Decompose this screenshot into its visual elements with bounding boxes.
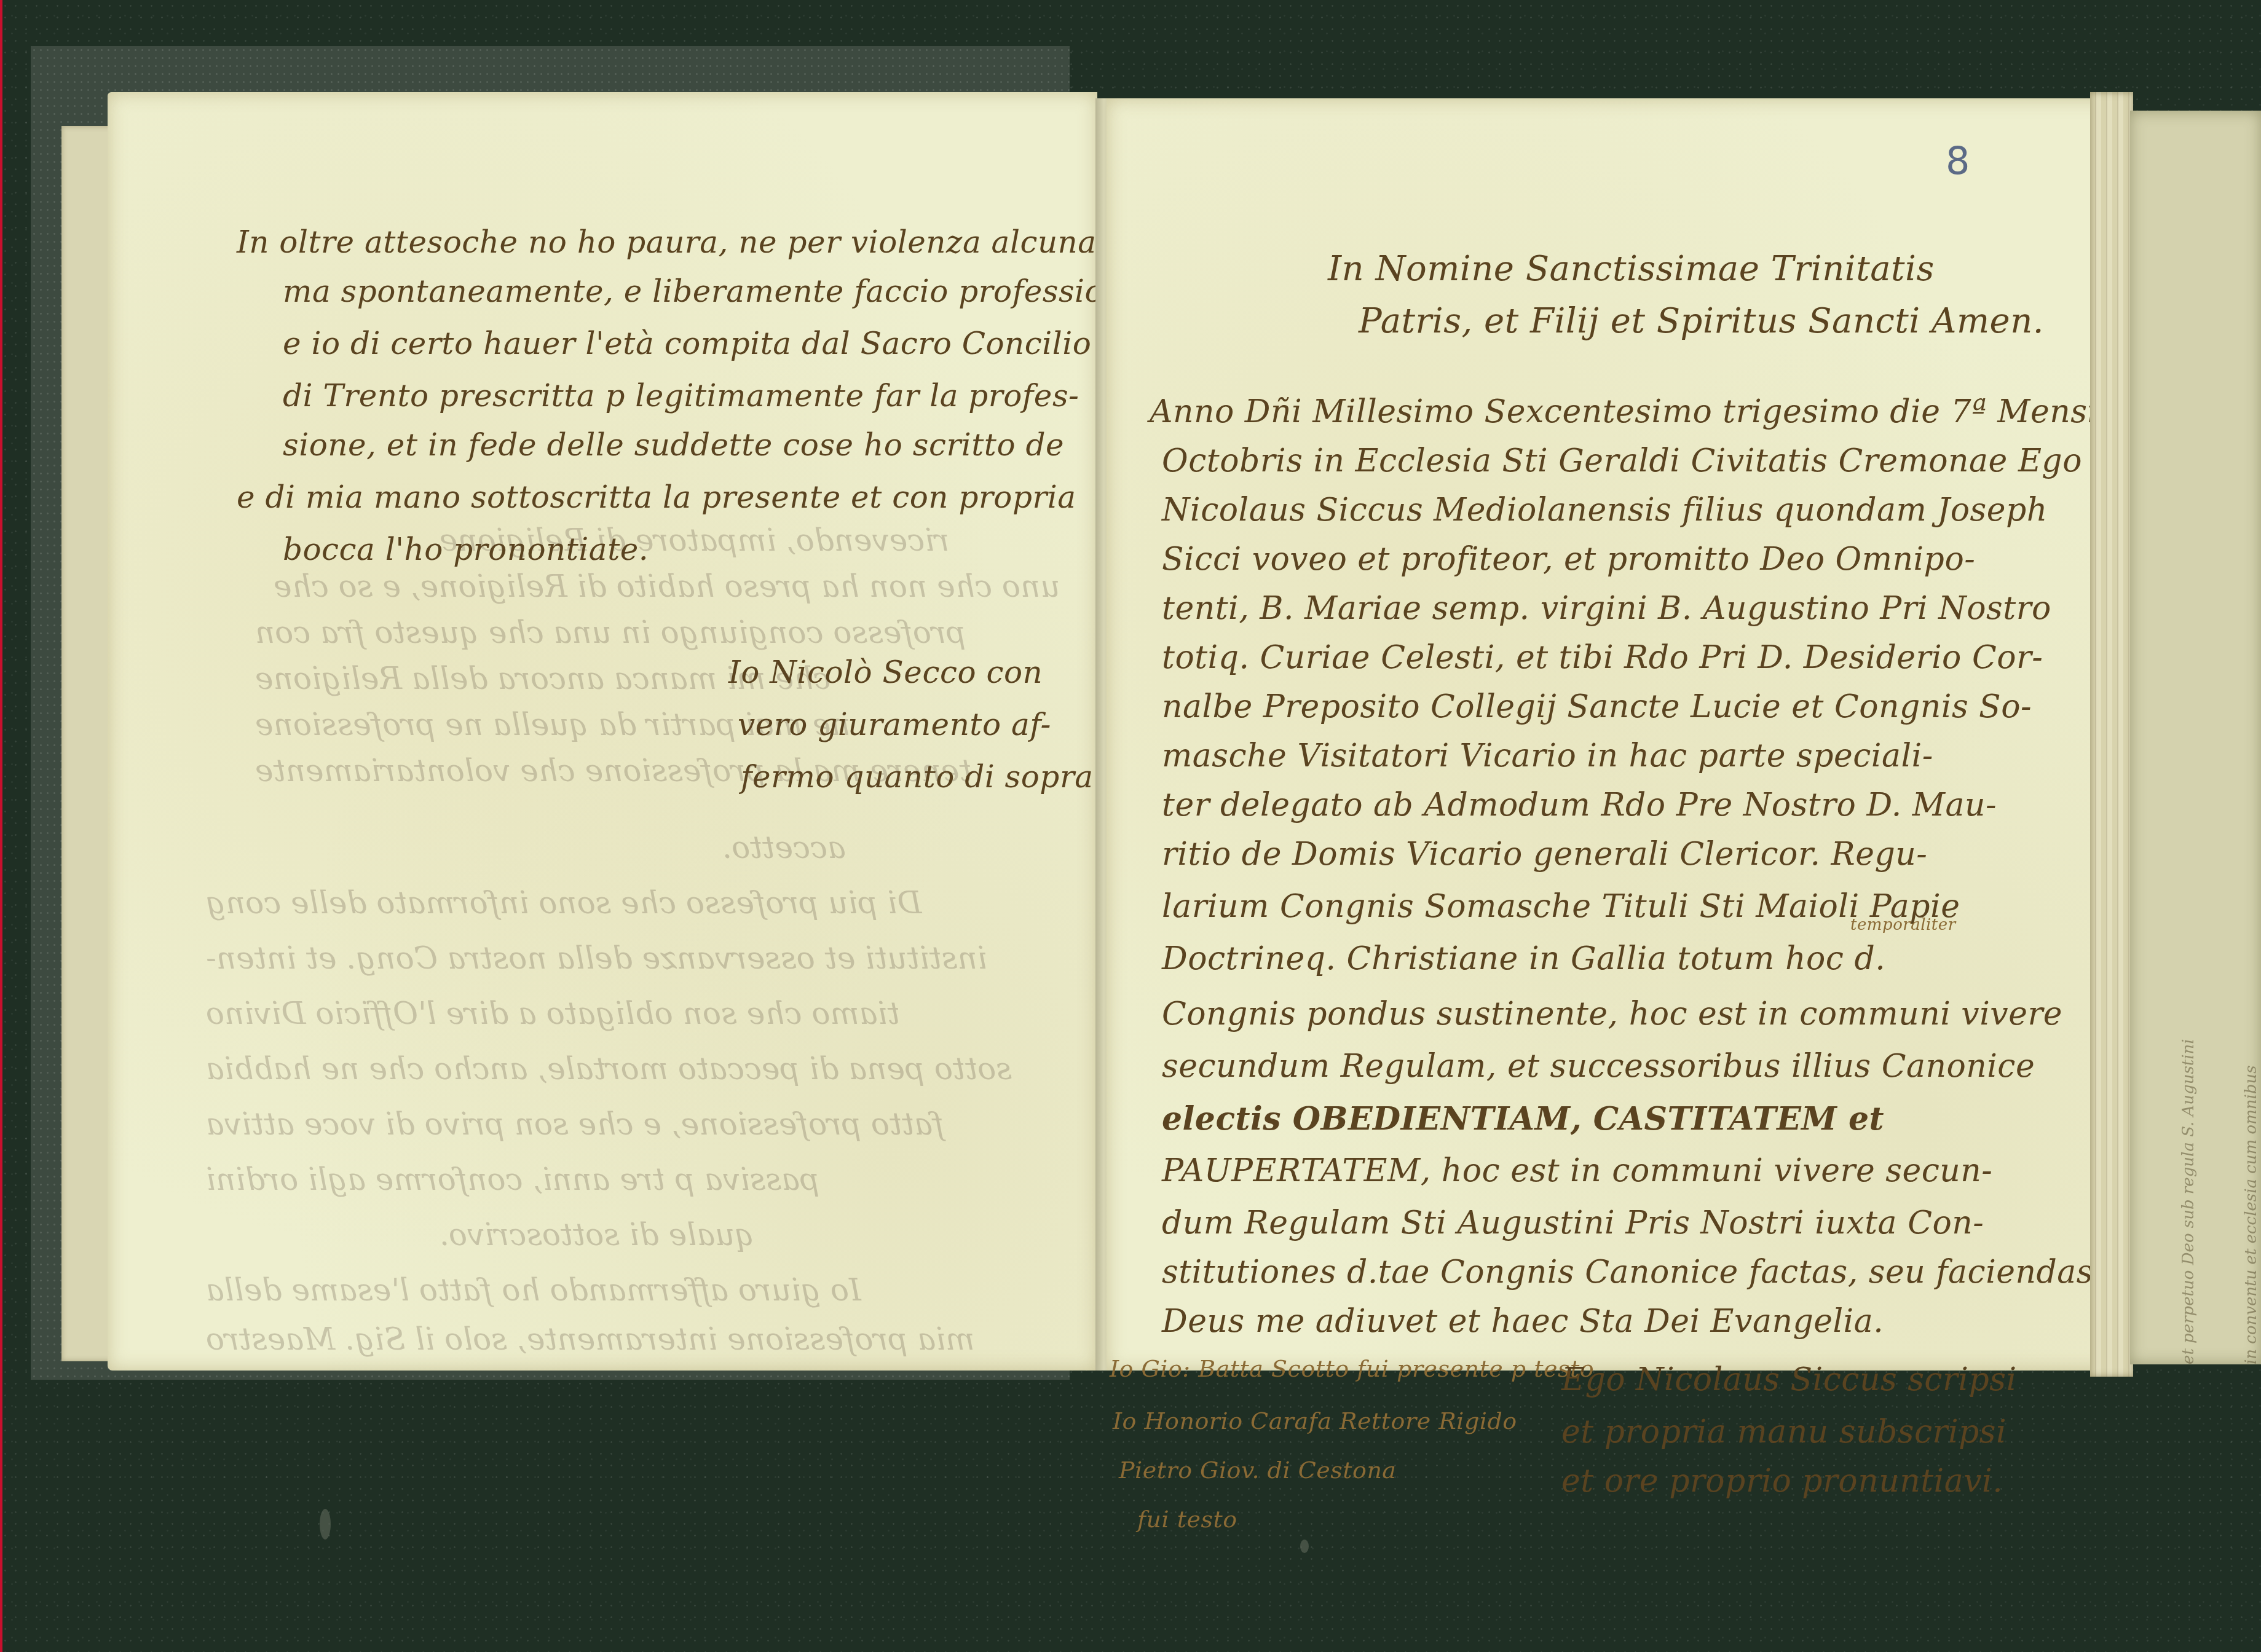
subscription-line: et ore proprio pronuntiavi. — [1561, 1463, 2003, 1500]
interlinear-note: temporaliter — [1850, 916, 1956, 934]
bleed-line: mia professione interamente, solo il Sig… — [206, 1321, 975, 1357]
body-line: Nicolaus Siccus Mediolanensis filius quo… — [1162, 492, 2048, 529]
witness-line: Io Honorio Carafa Rettore Rigido — [1113, 1407, 1517, 1434]
bleed-line: quale di sottoscrivo. — [440, 1217, 754, 1253]
bleed-line: sotto pena di peccato mortale, ancho che… — [206, 1051, 1012, 1087]
heading-line: In Nomine Sanctissimae Trinitatis — [1328, 249, 1935, 289]
bleed-line: professo congiungo in una che questo fra… — [255, 615, 966, 650]
folio-number: 8 — [1946, 138, 1970, 183]
bleed-line: fatto professione, e che son privo di vo… — [206, 1106, 944, 1142]
body-line: Doctrineq. Christiane in Gallia totum ho… — [1162, 940, 1885, 977]
paragraph-line: bocca l'ho pronontiate. — [283, 532, 649, 567]
paragraph-line: e io di certo hauer l'età compita dal Sa… — [283, 326, 1091, 361]
signature-line: vero giuramento af- — [738, 707, 1051, 742]
bleed-line: Io giuro affermando ho fatto l'esame del… — [206, 1272, 861, 1308]
subscription-line: Ego Nicolaus Siccus scripsi — [1561, 1361, 2017, 1398]
left-page: ricevendo, impatore di Religione uno che… — [108, 92, 1097, 1371]
bleed-line: instituti et osservanze della nostra Con… — [206, 940, 987, 976]
ink-stain — [1300, 1540, 1309, 1553]
bleed-line: passiva p tre anni, conforme agli ordini — [206, 1162, 819, 1197]
paragraph-line: In oltre attesoche no ho paura, ne per v… — [237, 224, 1097, 260]
body-line: masche Visitatori Vicario in hac parte s… — [1162, 737, 1933, 774]
bleed-line: uno che non ha preso habito di Religione… — [274, 568, 1060, 604]
body-line-with-strike: Congnis pondus sustinente, hoc est in co… — [1162, 996, 2062, 1032]
loose-inserted-sheet: et perpetuo Deo sub regula S. Augustini … — [2130, 111, 2261, 1364]
body-line: Deus me adiuvet et haec Sta Dei Evangeli… — [1162, 1303, 1884, 1340]
bleed-line: accetto. — [722, 830, 846, 865]
witness-line: Pietro Giov. di Cestona — [1119, 1457, 1397, 1484]
signature-line: Io Nicolò Secco con — [728, 655, 1043, 690]
body-line: tenti, B. Mariae semp. virgini B. August… — [1162, 590, 2051, 627]
bleed-line: tiamo che son obligato a dire l'Officio … — [206, 996, 900, 1031]
body-line: stitutiones d.tae Congnis Canonice facta… — [1162, 1254, 2154, 1291]
paragraph-line: sione, et in fede delle suddette cose ho… — [283, 427, 1064, 463]
body-line: Anno Dñi Millesimo Sexcentesimo trigesim… — [1150, 393, 2115, 430]
right-page: 8 In Nomine Sanctissimae Trinitatis Patr… — [1107, 98, 2115, 1371]
body-line-text: Congnis pondus sustinente, hoc est in co… — [1162, 996, 2062, 1032]
page-edge-stack — [2090, 92, 2133, 1377]
witness-line: Io Gio: Batta Scotto fui presente p test… — [1110, 1355, 1594, 1382]
loose-line: et perpetuo Deo sub regula S. Augustini — [2178, 111, 2199, 1364]
witness-line: fui testo — [1137, 1506, 1237, 1533]
body-line-vows: electis OBEDIENTIAM, CASTITATEM et — [1162, 1100, 1884, 1138]
body-line: Octobris in Ecclesia Sti Geraldi Civitat… — [1162, 442, 2082, 479]
body-line: dum Regulam Sti Augustini Pris Nostri iu… — [1162, 1205, 1984, 1241]
heading-line: Patris, et Filij et Spiritus Sancti Amen… — [1359, 301, 2044, 341]
ink-stain — [320, 1509, 331, 1540]
body-line: ter delegato ab Admodum Rdo Pre Nostro D… — [1162, 787, 1997, 824]
subscription-line: et propria manu subscripsi — [1561, 1414, 2006, 1450]
body-line: larium Congnis Somasche Tituli Sti Maiol… — [1162, 888, 1960, 925]
body-line: secundum Regulam, et successoribus illiu… — [1162, 1048, 2035, 1085]
body-line: totiq. Curiae Celesti, et tibi Rdo Pri D… — [1162, 639, 2043, 676]
loose-line: in conventu et ecclesia cum omnibus — [2241, 111, 2261, 1364]
paragraph-line: ma spontaneamente, e liberamente faccio … — [283, 273, 1142, 309]
body-line: ritio de Domis Vicario generali Clericor… — [1162, 836, 1927, 873]
body-line: Sicci voveo et profiteor, et promitto De… — [1162, 541, 1975, 578]
paragraph-line: di Trento prescritta p legitimamente far… — [283, 378, 1079, 414]
body-line: PAUPERTATEM, hoc est in communi vivere s… — [1162, 1152, 1992, 1189]
body-line: nalbe Preposito Collegij Sancte Lucie et… — [1162, 688, 2032, 725]
paragraph-line: e di mia mano sottoscritta la presente e… — [237, 479, 1076, 515]
signature-line: fermo quanto di sopra — [741, 759, 1094, 795]
loose-sheet-text: et perpetuo Deo sub regula S. Augustini … — [2136, 111, 2261, 1364]
scan-edge-marker — [0, 0, 2, 1652]
bleed-line: Di piu professo che sono informato delle… — [206, 885, 922, 921]
